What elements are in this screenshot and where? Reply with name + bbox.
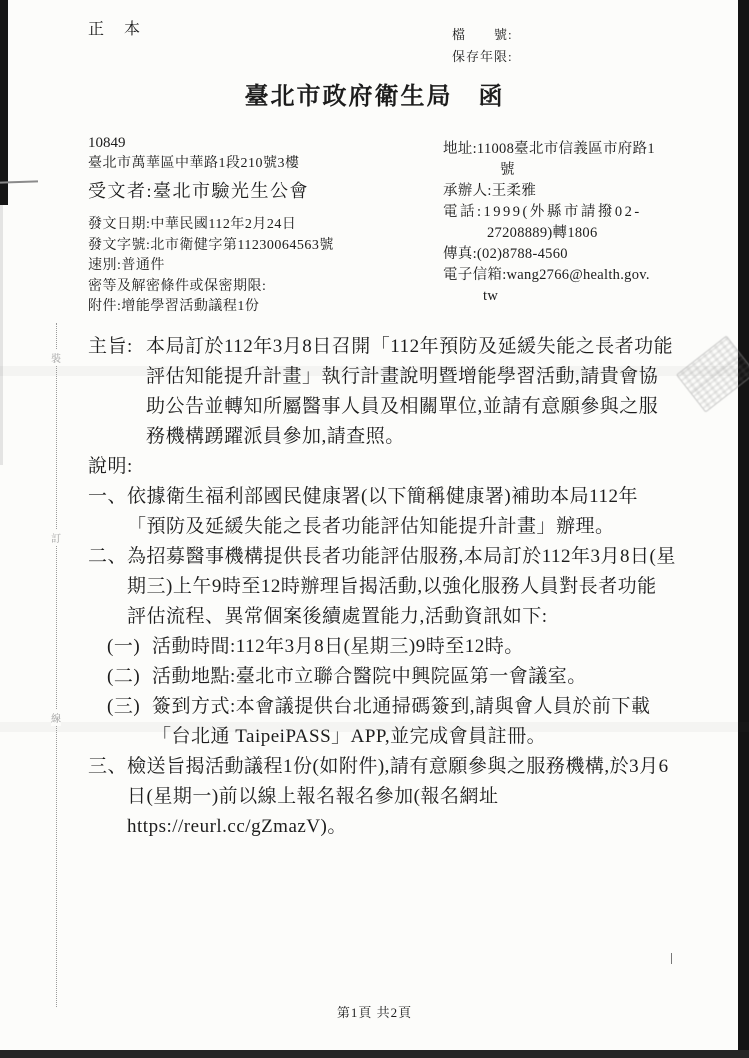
attachment-line: 附件:增能學習活動議程1份 bbox=[88, 297, 334, 318]
zip-code: 10849 bbox=[88, 133, 309, 153]
scan-artifact-tick bbox=[671, 953, 672, 964]
signin-method-item: (三) 簽到方式:本會議提供台北通掃碼簽到,請與會人員於前下載「台北通 Taip… bbox=[107, 692, 676, 752]
subitem-text: 簽到方式:本會議提供台北通掃碼簽到,請與會人員於前下載「台北通 TaipeiPA… bbox=[152, 692, 676, 752]
item-marker: 三、 bbox=[88, 752, 127, 842]
copy-type-label: 正 本 bbox=[88, 16, 142, 39]
scan-edge-bottom bbox=[0, 1050, 749, 1058]
recipient-name-line: 受文者:臺北市驗光生公會 bbox=[88, 178, 309, 204]
fax-line: 傳真:(02)8788-4560 bbox=[443, 244, 743, 265]
agency-address-line1: 地址:11008臺北市信義區市府路1 bbox=[443, 139, 743, 160]
email-line1: 電子信箱:wang2766@health.gov. bbox=[443, 265, 743, 286]
subitem-text: 活動時間:112年3月8日(星期三)9時至12時。 bbox=[152, 632, 676, 662]
recipient-address: 臺北市萬華區中華路1段210號3樓 bbox=[88, 153, 309, 174]
file-header-block: 檔 號: 保存年限: bbox=[452, 24, 513, 68]
subject-label: 主旨: bbox=[88, 332, 146, 452]
subitem-marker: (三) bbox=[107, 692, 152, 752]
scanned-letter-page: 正 本 檔 號: 保存年限: 臺北市政府衛生局 函 10849 臺北市萬華區中華… bbox=[0, 0, 749, 1058]
doc-number-line: 發文字號:北市衛健字第11230064563號 bbox=[88, 236, 334, 257]
explanation-item-3: 三、 檢送旨揭活動議程1份(如附件),請有意願參與之服務機構,於3月6日(星期一… bbox=[88, 752, 676, 842]
activity-place-item: (二) 活動地點:臺北市立聯合醫院中興院區第一會議室。 bbox=[107, 662, 676, 692]
subject-text: 本局訂於112年3月8日召開「112年預防及延緩失能之長者功能評估知能提升計畫」… bbox=[146, 332, 676, 452]
receipt-stamp-divider bbox=[692, 355, 741, 394]
explanation-label: 說明: bbox=[88, 452, 676, 482]
phone-line2: 27208889)轉1806 bbox=[443, 223, 743, 244]
phone-line1: 電話:1999(外縣市請撥02- bbox=[443, 202, 743, 223]
email-line2: tw bbox=[443, 286, 743, 307]
issue-date-line: 發文日期:中華民國112年2月24日 bbox=[88, 215, 334, 236]
subitem-marker: (一) bbox=[107, 632, 152, 662]
item-text: 為招募醫事機構提供長者功能評估服務,本局訂於112年3月8日(星期三)上午9時至… bbox=[127, 542, 676, 632]
page-number-footer: 第1頁 共2頁 bbox=[0, 1002, 749, 1021]
item-text: 依據衛生福利部國民健康署(以下簡稱健康署)補助本局112年「預防及延緩失能之長者… bbox=[127, 482, 676, 542]
explanation-item-1: 一、 依據衛生福利部國民健康署(以下簡稱健康署)補助本局112年「預防及延緩失能… bbox=[88, 482, 676, 542]
contact-info-block: 地址:11008臺北市信義區市府路1 號 承辦人:王柔雅 電話:1999(外縣市… bbox=[443, 139, 743, 307]
recipient-block: 10849 臺北市萬華區中華路1段210號3樓 受文者:臺北市驗光生公會 bbox=[88, 133, 309, 204]
scan-edge-left-fade bbox=[0, 205, 3, 465]
subitem-text: 活動地點:臺北市立聯合醫院中興院區第一會議室。 bbox=[152, 662, 676, 692]
retention-label: 保存年限: bbox=[452, 46, 513, 68]
binding-mark-zhuang: 裝 bbox=[51, 349, 61, 366]
binding-mark-xian: 線 bbox=[51, 709, 61, 726]
file-no-label: 檔 號: bbox=[452, 24, 513, 46]
explanation-item-2: 二、 為招募醫事機構提供長者功能評估服務,本局訂於112年3月8日(星期三)上午… bbox=[88, 542, 676, 632]
document-title: 臺北市政府衛生局 函 bbox=[0, 76, 749, 111]
speed-class-line: 速別:普通件 bbox=[88, 256, 334, 277]
scan-artifact-dash bbox=[0, 180, 38, 183]
agency-address-line2: 號 bbox=[443, 160, 743, 181]
subitem-marker: (二) bbox=[107, 662, 152, 692]
item-text: 檢送旨揭活動議程1份(如附件),請有意願參與之服務機構,於3月6日(星期一)前以… bbox=[127, 752, 676, 842]
security-class-line: 密等及解密條件或保密期限: bbox=[88, 277, 334, 298]
letter-body: 主旨: 本局訂於112年3月8日召開「112年預防及延緩失能之長者功能評估知能提… bbox=[88, 332, 676, 842]
binding-dotted-line: 裝 訂 線 bbox=[56, 323, 57, 1007]
subject-paragraph: 主旨: 本局訂於112年3月8日召開「112年預防及延緩失能之長者功能評估知能提… bbox=[88, 332, 676, 452]
activity-time-item: (一) 活動時間:112年3月8日(星期三)9時至12時。 bbox=[107, 632, 676, 662]
binding-mark-ding: 訂 bbox=[51, 529, 61, 546]
document-meta-block: 發文日期:中華民國112年2月24日 發文字號:北市衛健字第1123006456… bbox=[88, 215, 334, 318]
item-marker: 二、 bbox=[88, 542, 127, 632]
item-marker: 一、 bbox=[88, 482, 127, 542]
contact-person-line: 承辦人:王柔雅 bbox=[443, 181, 743, 202]
